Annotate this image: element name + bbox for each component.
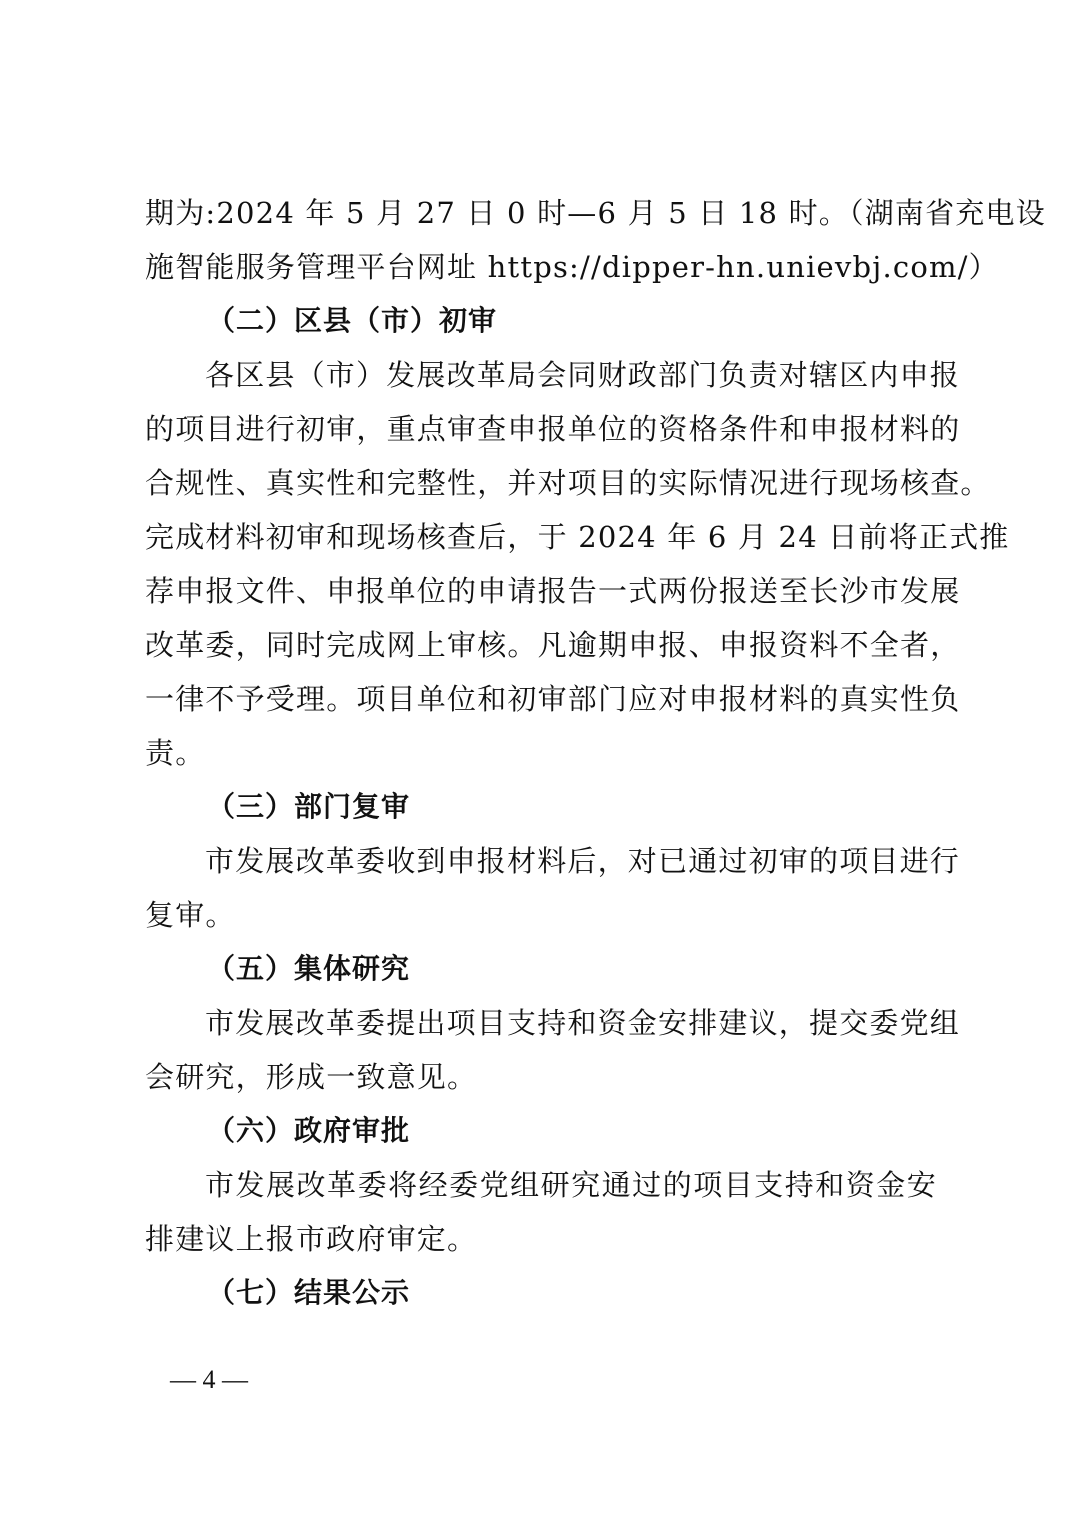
body-line: 期为:2024 年 5 月 27 日 0 时—6 月 5 日 18 时。（湖南省… [145, 186, 937, 240]
section-heading-collective-study: （五）集体研究 [145, 942, 937, 996]
page-number: — 4 — [170, 1360, 248, 1400]
paragraph-line: 改革委，同时完成网上审核。凡逾期申报、申报资料不全者， [145, 618, 937, 672]
paragraph-line: 各区县（市）发展改革局会同财政部门负责对辖区内申报 [145, 348, 937, 402]
document-page: 期为:2024 年 5 月 27 日 0 时—6 月 5 日 18 时。（湖南省… [145, 186, 937, 1320]
paragraph-line: 荐申报文件、申报单位的申请报告一式两份报送至长沙市发展 [145, 564, 937, 618]
paragraph-line: 一律不予受理。项目单位和初审部门应对申报材料的真实性负 [145, 672, 937, 726]
paragraph-line: 市发展改革委收到申报材料后，对已通过初审的项目进行 [145, 834, 937, 888]
paragraph-line: 复审。 [145, 888, 937, 942]
paragraph-line: 完成材料初审和现场核查后，于 2024 年 6 月 24 日前将正式推 [145, 510, 937, 564]
section-heading-government-approval: （六）政府审批 [145, 1104, 937, 1158]
section-heading-district-review: （二）区县（市）初审 [145, 294, 937, 348]
paragraph-line: 市发展改革委将经委党组研究通过的项目支持和资金安 [145, 1158, 937, 1212]
paragraph-line: 会研究，形成一致意见。 [145, 1050, 937, 1104]
section-heading-result-publicity: （七）结果公示 [145, 1266, 937, 1320]
paragraph-line: 市发展改革委提出项目支持和资金安排建议，提交委党组 [145, 996, 937, 1050]
paragraph-line: 责。 [145, 726, 937, 780]
section-heading-department-review: （三）部门复审 [145, 780, 937, 834]
body-line-url: 施智能服务管理平台网址 https://dipper-hn.unievbj.co… [145, 240, 937, 294]
paragraph-line: 的项目进行初审，重点审查申报单位的资格条件和申报材料的 [145, 402, 937, 456]
paragraph-line: 合规性、真实性和完整性，并对项目的实际情况进行现场核查。 [145, 456, 937, 510]
paragraph-line: 排建议上报市政府审定。 [145, 1212, 937, 1266]
